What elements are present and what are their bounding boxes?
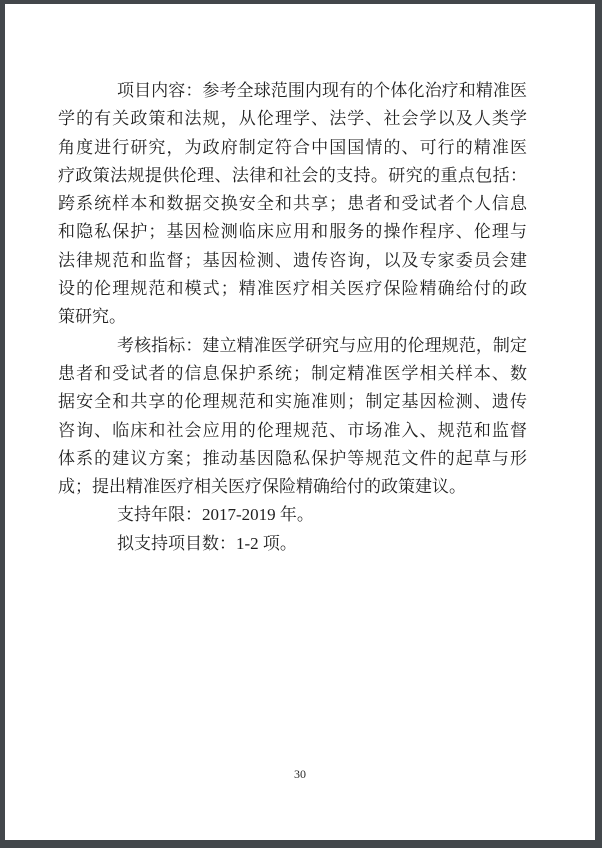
text-line: 角度进行研究，为政府制定符合中国国情的、可行的精准医 <box>58 134 527 162</box>
text-line: 跨系统样本和数据交换安全和共享；患者和受试者个人信息 <box>58 190 527 218</box>
text-line: 体系的建议方案；推动基因隐私保护等规范文件的起草与形 <box>58 445 527 473</box>
document-body: 项目内容：参考全球范围内现有的个体化治疗和精准医 学的有关政策和法规，从伦理学、… <box>58 77 527 558</box>
text-line: 成；提出精准医疗相关医疗保险精确给付的政策建议。 <box>58 473 527 501</box>
text-line-support-years: 支持年限：2017-2019 年。 <box>58 501 527 529</box>
text-line: 学的有关政策和法规，从伦理学、法学、社会学以及人类学 <box>58 105 527 133</box>
page-number: 30 <box>5 767 595 782</box>
text-line: 设的伦理规范和模式；精准医疗相关医疗保险精确给付的政 <box>58 275 527 303</box>
text-line: 和隐私保护；基因检测临床应用和服务的操作程序、伦理与 <box>58 218 527 246</box>
text-line: 策研究。 <box>58 303 527 331</box>
text-line-project-count: 拟支持项目数：1-2 项。 <box>58 530 527 558</box>
text-line: 咨询、临床和社会应用的伦理规范、市场准入、规范和监督 <box>58 417 527 445</box>
document-page: 项目内容：参考全球范围内现有的个体化治疗和精准医 学的有关政策和法规，从伦理学、… <box>5 4 595 840</box>
text-line: 据安全和共享的伦理规范和实施准则；制定基因检测、遗传 <box>58 388 527 416</box>
text-line: 患者和受试者的信息保护系统；制定精准医学相关样本、数 <box>58 360 527 388</box>
text-line: 法律规范和监督；基因检测、遗传咨询，以及专家委员会建 <box>58 247 527 275</box>
text-line: 项目内容：参考全球范围内现有的个体化治疗和精准医 <box>58 77 527 105</box>
text-line: 考核指标：建立精准医学研究与应用的伦理规范，制定 <box>58 332 527 360</box>
text-line: 疗政策法规提供伦理、法律和社会的支持。研究的重点包括： <box>58 162 527 190</box>
